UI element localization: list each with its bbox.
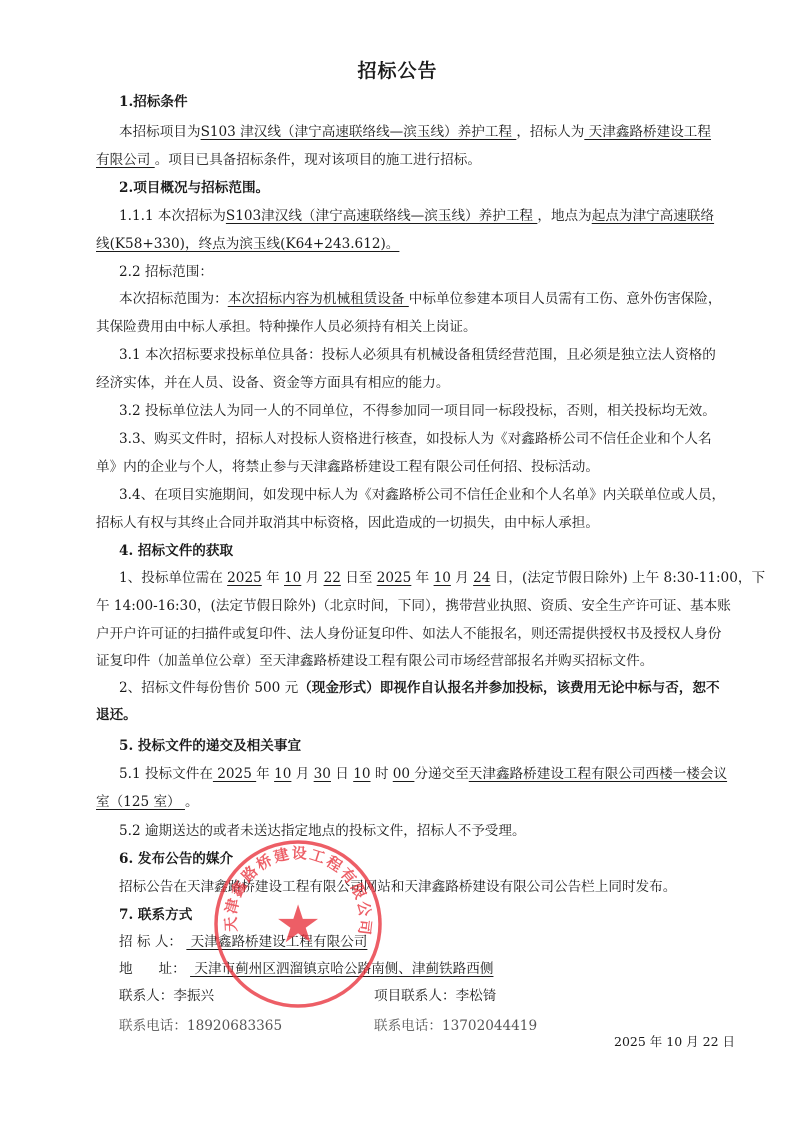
submit-hour: 10 [353, 766, 370, 782]
text: 月 [451, 570, 473, 586]
section-1-heading: 1.招标条件 [119, 93, 188, 111]
text: 日 [331, 766, 353, 782]
section-5-2: 5.2 逾期送达的或者未送达指定地点的投标文件，招标人不予受理。 [119, 822, 526, 840]
section-1-paragraph-line-1: 本招标项目为S103 津汉线（津宁高速联络线—滨玉线）养护工程 ，招标人为 天津… [119, 123, 711, 141]
tenderer-name: 天津鑫路桥建设工程 [584, 124, 711, 140]
section-3-3-line-2: 单》内的企业与个人，将禁止参与天津鑫路桥建设工程有限公司任何招、投标活动。 [96, 458, 599, 476]
text: 。 [185, 794, 199, 810]
tenderer-name-cont: 有限公司 [96, 152, 155, 168]
submit-day: 30 [314, 766, 331, 782]
contact-value: 李振兴 [173, 988, 214, 1004]
submit-year: 2025 [213, 766, 256, 782]
text: ，地点为 [537, 208, 591, 224]
tenderer-value: 天津鑫路桥建设工程有限公司 [186, 934, 367, 950]
text: 年 [256, 766, 274, 782]
submit-place-cont: 室（125 室） [96, 794, 185, 810]
section-5-1-line-2: 室（125 室） 。 [96, 793, 199, 811]
section-3-1-line-2: 经济实体，并在人员、设备、资金等方面具有相应的能力。 [96, 374, 449, 392]
section-5-1-line-1: 5.1 投标文件在 2025 年 10 月 30 日 10 时 00 分递交至天… [119, 765, 727, 783]
section-3-3-line-1: 3.3、购买文件时，招标人对投标人资格进行核查，如投标人为《对鑫路桥公司不信任企… [119, 430, 712, 448]
text: 年 [411, 570, 433, 586]
end-day: 24 [473, 570, 490, 586]
end-year: 2025 [377, 570, 412, 586]
text: 1.1.1 本次招标为 [119, 208, 226, 224]
address-value: 天津市蓟州区泗溜镇京哈公路南侧、津蓟铁路西侧 [190, 961, 493, 977]
start-year: 2025 [227, 570, 262, 586]
cash-terms: （现金形式）即视作自认报名并参加投标，该费用无论中标与否，恕不 [298, 680, 719, 696]
section-2-1-1-line-1: 1.1.1 本次招标为S103津汉线（津宁高速联络线—滨玉线）养护工程 ，地点为… [119, 207, 714, 225]
section-4-1-line-3: 户开户许可证的扫描件或复印件、法人身份证复印件、如法人不能报名，则还需提供授权书… [96, 625, 721, 643]
section-7-heading: 7. 联系方式 [119, 906, 192, 924]
tender-announcement-page: 招标公告 1.招标条件 本招标项目为S103 津汉线（津宁高速联络线—滨玉线）养… [0, 0, 795, 1124]
text: 时 [371, 766, 393, 782]
section-2-2-heading: 2.2 招标范围： [119, 263, 213, 281]
section-5-heading: 5. 投标文件的递交及相关事宜 [119, 737, 301, 755]
section-4-2-line-1: 2、招标文件每份售价 500 元（现金形式）即视作自认报名并参加投标，该费用无论… [119, 679, 720, 697]
section-4-1-line-2: 午 14:00-16:30，(法定节假日除外)（北京时间，下同），携带营业执照、… [96, 597, 731, 615]
submit-minute: 00 [393, 766, 415, 782]
project-contact-row: 项目联系人：李松锜 [374, 987, 496, 1005]
tender-scope: 本次招标内容为机械租赁设备 [228, 291, 409, 307]
section-3-1-line-1: 3.1 本次招标要求投标单位具备：投标人必须具有机械设备租赁经营范围，且必须是独… [119, 346, 716, 364]
text: 2、招标文件每份售价 500 元 [119, 680, 298, 696]
section-2-2-line-1: 本次招标范围为：本次招标内容为机械租赁设备 中标单位参建本项目人员需有工伤、意外… [119, 290, 721, 308]
text: 日至 [341, 570, 377, 586]
contact-row: 联系人：李振兴 [119, 987, 214, 1005]
text: 1、投标单位需在 [119, 570, 227, 586]
section-6-paragraph: 招标公告在天津鑫路桥建设工程有限公司网站和天津鑫路桥建设有限公司公告栏上同时发布… [119, 878, 676, 896]
section-3-2: 3.2 投标单位法人为同一人的不同单位，不得参加同一项目同一标段投标，否则，相关… [119, 402, 716, 420]
section-4-1-line-1: 1、投标单位需在 2025 年 10 月 22 日至 2025 年 10 月 2… [119, 569, 765, 587]
contact-label: 联系人： [119, 988, 173, 1004]
project-name: S103 津汉线（津宁高速联络线—滨玉线）养护工程 [201, 124, 517, 140]
page-title: 招标公告 [0, 56, 795, 83]
end-month: 10 [434, 570, 451, 586]
text: 5.1 投标文件在 [119, 766, 213, 782]
address-row: 地 址： 天津市蓟州区泗溜镇京哈公路南侧、津蓟铁路西侧 [119, 960, 493, 978]
start-month: 10 [284, 570, 301, 586]
text: 。项目已具备招标条件，现对该项目的施工进行招标。 [155, 152, 481, 168]
text: 分递交至 [414, 766, 468, 782]
project-location-cont: 线(K58+330)，终点为滨玉线(K64+243.612)。 [96, 236, 399, 252]
submit-place: 天津鑫路桥建设工程有限公司西楼一楼会议 [469, 766, 727, 782]
section-2-heading: 2.项目概况与招标范围。 [119, 179, 269, 197]
project-contact-value: 李松锜 [456, 988, 497, 1004]
start-day: 22 [324, 570, 341, 586]
section-4-heading: 4. 招标文件的获取 [119, 542, 233, 560]
section-3-4-line-1: 3.4、在项目实施期间，如发现中标人为《对鑫路桥公司不信任企业和个人名单》内关联… [119, 486, 725, 504]
section-2-2-line-2: 其保险费用由中标人承担。特种操作人员必须持有相关上岗证。 [96, 318, 477, 336]
text: 月 [301, 570, 323, 586]
project-name: S103津汉线（津宁高速联络线—滨玉线）养护工程 [226, 208, 537, 224]
section-4-1-line-4: 证复印件（加盖单位公章）至天津鑫路桥建设工程有限公司市场经营部报名并购买招标文件… [96, 652, 653, 670]
text: 年 [262, 570, 284, 586]
address-label: 地 址： [119, 961, 186, 977]
submit-month: 10 [274, 766, 291, 782]
issue-date: 2025 年 10 月 22 日 [0, 1032, 735, 1050]
project-location: 起点为津宁高速联络 [592, 208, 714, 224]
official-seal-icon: 天津鑫路桥建设工程有限公司 ★ [212, 838, 384, 1010]
section-3-4-line-2: 招标人有权与其终止合同并取消其中标资格，因此造成的一切损失，由中标人承担。 [96, 514, 599, 532]
section-6-heading: 6. 发布公告的媒介 [119, 850, 233, 868]
section-1-paragraph-line-2: 有限公司 。项目已具备招标条件，现对该项目的施工进行招标。 [96, 151, 481, 169]
text: 日，(法定节假日除外) 上午 8:30-11:00，下 [490, 570, 765, 586]
project-contact-label: 项目联系人： [374, 988, 456, 1004]
section-4-2-line-2: 退还。 [96, 706, 137, 724]
text: 本次招标范围为： [119, 291, 228, 307]
text: 月 [291, 766, 313, 782]
tenderer-label: 招 标 人： [119, 934, 182, 950]
text: 本招标项目为 [119, 124, 201, 140]
text: ，招标人为 [516, 124, 584, 140]
text: 中标单位参建本项目人员需有工伤、意外伤害保险， [409, 291, 722, 307]
tenderer-row: 招 标 人： 天津鑫路桥建设工程有限公司 [119, 933, 367, 951]
section-2-1-1-line-2: 线(K58+330)，终点为滨玉线(K64+243.612)。 [96, 235, 399, 253]
